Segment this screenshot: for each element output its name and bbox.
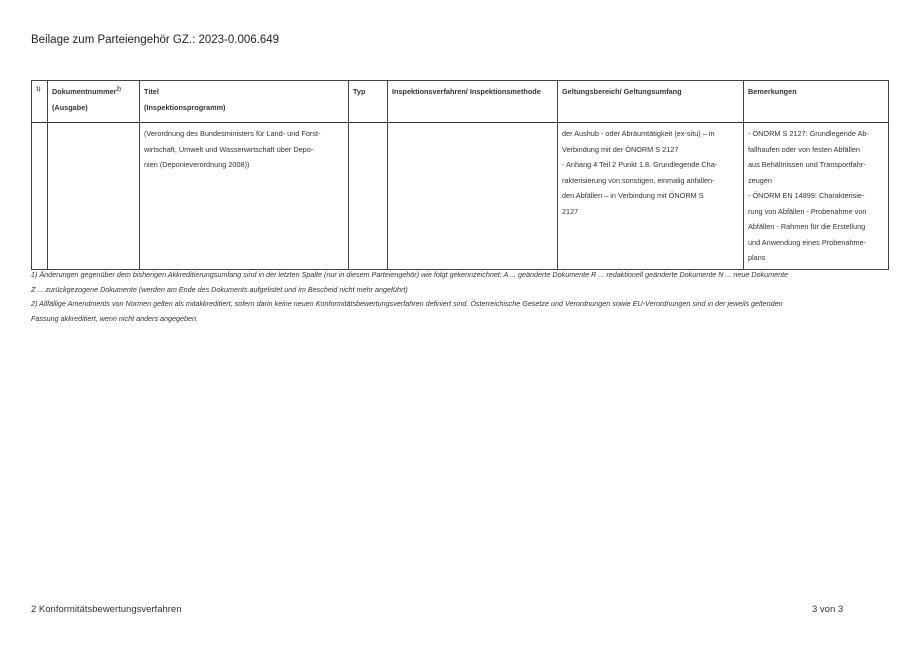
cell-remarks: - ÖNORM S 2127: Grundlegende Ab- fallhau… [744, 123, 889, 270]
cell-inspection-method [388, 123, 558, 270]
cell-document-number [48, 123, 140, 270]
table-header-row: 1) Dokumentnummer2) (Ausgabe) Titel (Ins… [32, 81, 889, 123]
column-header-type: Typ [349, 81, 388, 123]
footer-page-number: 3 von 3 [812, 604, 843, 615]
cell-type [349, 123, 388, 270]
document-header-title: Beilage zum Parteiengehör GZ.: 2023-0.00… [31, 34, 279, 46]
accreditation-table: 1) Dokumentnummer2) (Ausgabe) Titel (Ins… [31, 80, 889, 270]
column-header-document-number: Dokumentnummer2) (Ausgabe) [48, 81, 140, 123]
column-header-title: Titel (Inspektionsprogramm) [140, 81, 349, 123]
footnote-1-continued: Z ... zurückgezogene Dokumente (werden a… [31, 283, 891, 298]
table-row: (Verordnung des Bundesministers für Land… [32, 123, 889, 270]
footnote-2: 2) Allfällige Amendments von Normen gelt… [31, 297, 891, 312]
cell-title: (Verordnung des Bundesministers für Land… [140, 123, 349, 270]
footnotes: 1) Änderungen gegenüber dem bisherigen A… [31, 268, 891, 326]
footnote-2-continued: Fassung akkreditiert, wenn nicht anders … [31, 312, 891, 327]
footnote-1: 1) Änderungen gegenüber dem bisherigen A… [31, 268, 891, 283]
column-header-scope: Geltungsbereich/ Geltungsumfang [558, 81, 744, 123]
column-header-inspection-method: Inspektionsverfahren/ Inspektionsmethode [388, 81, 558, 123]
column-header-remarks: Bemerkungen [744, 81, 889, 123]
cell-scope: der Aushub - oder Abräumtätigkeit (ex-si… [558, 123, 744, 270]
column-header-change-mark: 1) [32, 81, 48, 123]
cell-change-mark [32, 123, 48, 270]
footer-section-title: 2 Konformitätsbewertungsverfahren [31, 604, 182, 615]
